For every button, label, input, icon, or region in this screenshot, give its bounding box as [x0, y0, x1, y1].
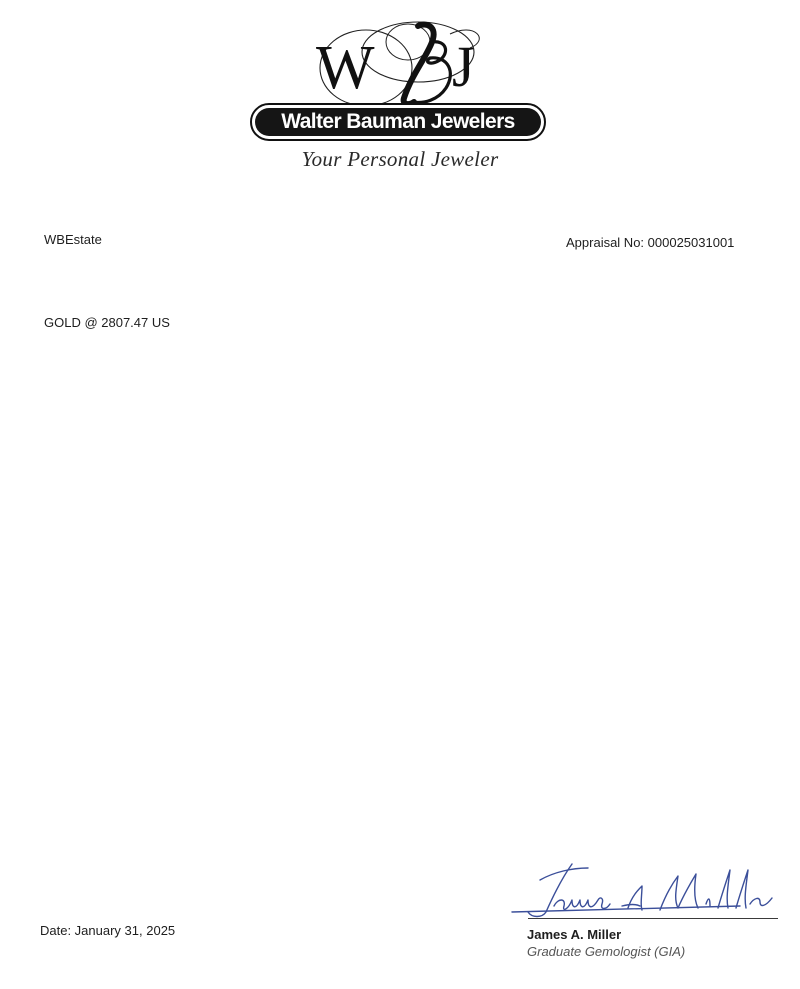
company-logo: W J Walter Bauman Jewelers Your Personal…: [240, 10, 560, 180]
appraisal-number: Appraisal No: 000025031001: [566, 235, 734, 250]
handwritten-signature-icon: [510, 860, 780, 920]
appraisal-date: Date: January 31, 2025: [40, 923, 175, 938]
company-name: Walter Bauman Jewelers: [281, 110, 514, 134]
client-name: WBEstate: [44, 232, 102, 247]
wbj-monogram-icon: W J: [300, 12, 500, 110]
company-tagline: Your Personal Jeweler: [240, 147, 560, 172]
gold-price: GOLD @ 2807.47 US: [44, 315, 170, 330]
monogram-letter-w: W: [316, 34, 375, 102]
signer-title: Graduate Gemologist (GIA): [527, 944, 685, 959]
company-name-banner: Walter Bauman Jewelers: [250, 103, 546, 141]
monogram-letter-j: J: [452, 34, 475, 99]
signature-line: [528, 918, 778, 919]
appraisal-document: W J Walter Bauman Jewelers Your Personal…: [0, 0, 800, 989]
signer-name: James A. Miller: [527, 927, 621, 942]
